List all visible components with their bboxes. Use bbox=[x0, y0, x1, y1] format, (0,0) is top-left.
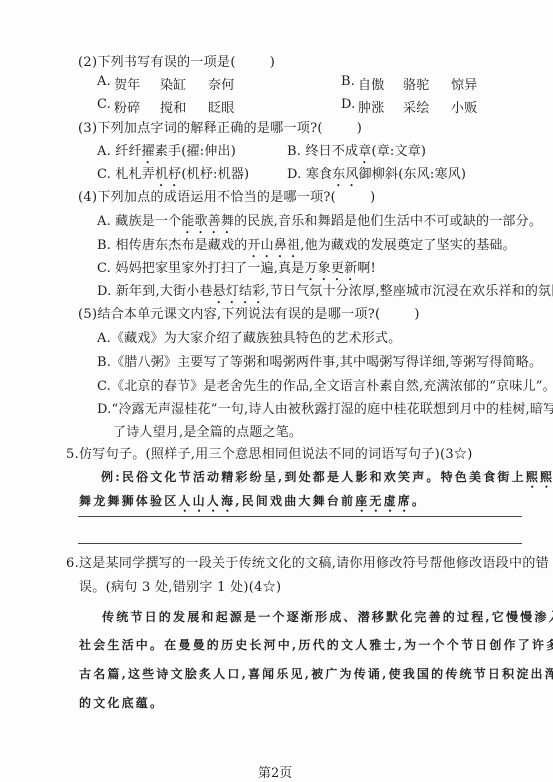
option-label: A. bbox=[97, 214, 111, 229]
dotted-word: 章 bbox=[358, 144, 371, 159]
q2-option-b-word3: 惊异 bbox=[451, 74, 477, 93]
dotted-word: 机杼 bbox=[155, 167, 181, 182]
option-text: ,他为藏戏的发展奠定了坚实的基础。 bbox=[300, 238, 516, 253]
option-label: D. bbox=[97, 284, 112, 299]
q4-stem-text: (4)下列加点的成语运用不恰当的是哪一项?( bbox=[78, 190, 336, 205]
q2-option-d-word1: 肿涨 bbox=[358, 97, 384, 116]
example-line-2: 舞龙舞狮体验区人山人海,民间戏曲大舞台前座无虚席。 bbox=[79, 492, 426, 515]
q5-stem-end: ) bbox=[414, 307, 419, 322]
option-text: 相传唐东杰布是藏戏的 bbox=[115, 238, 247, 253]
q2-option-a-word2: 染缸 bbox=[160, 74, 186, 93]
q5-option-d: D.“冷露无声湿桂花”一句,诗人由被秋露打湿的庭中桂花联想到月中的桂树,暗写 bbox=[97, 398, 553, 417]
dotted-idiom: 悬灯结彩 bbox=[213, 284, 266, 299]
option-label: C. bbox=[97, 167, 111, 182]
option-label: B. bbox=[97, 238, 111, 253]
q2-option-b-label: B. bbox=[341, 74, 355, 89]
q2-option-b-word1: 自傲 bbox=[358, 74, 384, 93]
q2-stem-text: (2)下列书写有误的一项是( bbox=[78, 55, 236, 70]
option-text: 藏族是一个 bbox=[115, 214, 181, 229]
option-text: 新年到,大街小巷 bbox=[116, 284, 213, 299]
dotted-idiom: 能歌善舞 bbox=[181, 214, 234, 229]
answer-line-2[interactable] bbox=[78, 543, 522, 544]
option-label: A. bbox=[97, 144, 111, 159]
q2-option-c-word3: 眨眼 bbox=[208, 97, 234, 116]
option-label: D. bbox=[97, 402, 112, 417]
q4-option-a: A. 藏族是一个能歌善舞的民族,音乐和舞蹈是他们生活中不可或缺的一部分。 bbox=[97, 210, 542, 237]
dotted-word: 擢 bbox=[142, 144, 155, 159]
example-text: 舞龙舞狮体验区 bbox=[79, 494, 178, 508]
q2-option-b-word2: 骆驼 bbox=[403, 74, 429, 93]
q2-option-d-label: D. bbox=[341, 97, 356, 112]
q2-option-a-word1: 贺年 bbox=[114, 74, 140, 93]
q2-stem-end: ) bbox=[270, 55, 275, 70]
option-text: 《藏戏》为大家介绍了藏族独具特色的艺术形式。 bbox=[111, 331, 401, 346]
passage-line-4: 的文化底蕴。 bbox=[79, 694, 164, 711]
answer-line-1[interactable] bbox=[78, 516, 522, 517]
option-text: 《腊八粥》主要写了等粥和喝粥两件事,其中喝粥写得详细,等粥写得简略。 bbox=[111, 355, 542, 370]
dotted-idiom: 座无虚席 bbox=[355, 494, 412, 508]
q2-option-c-word2: 搅和 bbox=[160, 97, 186, 116]
q5-option-c: C.《北京的春节》是老舍先生的作品,全文语言朴素自然,充满浓郁的“京味儿”。 bbox=[97, 375, 553, 394]
example-text: 例:民俗文化节活动精彩纷呈,到处都是人影和欢笑声。特色美食街上 bbox=[101, 470, 526, 484]
option-label: C. bbox=[97, 261, 111, 276]
dotted-idiom: 万象更新 bbox=[305, 261, 358, 276]
option-text: 妈妈把家里家外打扫了一遍,真是 bbox=[115, 261, 304, 276]
q5-imitate-title: 5.仿写句子。(照样子,用三个意思相同但说法不同的词语写句子)(3☆) bbox=[66, 443, 473, 462]
option-label: C. bbox=[97, 379, 111, 394]
q2-option-d-word3: 小贩 bbox=[451, 97, 477, 116]
dotted-idiom: 人山人海 bbox=[178, 494, 235, 508]
example-text: 。 bbox=[412, 494, 426, 508]
q3-stem: (3)下列加点字词的解释正确的是哪一项?() bbox=[78, 117, 362, 136]
option-text: 《北京的春节》是老舍先生的作品,全文语言朴素自然,充满浓郁的“京味儿”。 bbox=[111, 379, 553, 394]
page-number: 第2页 bbox=[258, 762, 292, 781]
option-text: 纤纤 bbox=[115, 144, 141, 159]
q4-stem-end: ) bbox=[370, 190, 375, 205]
option-text: 的民族,音乐和舞蹈是他们生活中不可或缺的一部分。 bbox=[234, 214, 542, 229]
option-text: 御柳斜(东风:寒风) bbox=[359, 167, 467, 182]
option-label: B. bbox=[287, 144, 301, 159]
q5-option-d-continued: 了诗人望月,是全篇的点题之笔。 bbox=[113, 421, 302, 440]
q2-option-c-word1: 粉碎 bbox=[114, 97, 140, 116]
option-label: A. bbox=[97, 331, 111, 346]
option-label: B. bbox=[97, 355, 111, 370]
passage-line-1: 传统节日的发展和起源是一个逐渐形成、潜移默化完善的过程,它慢慢渗入到 bbox=[102, 608, 553, 625]
q6-title-line2: 误。(病句 3 处,错别字 1 处)(4☆) bbox=[79, 576, 281, 595]
q5-option-a: A.《藏戏》为大家介绍了藏族独具特色的艺术形式。 bbox=[97, 327, 401, 346]
q3-stem-end: ) bbox=[357, 121, 362, 136]
q2-option-d-word2: 采绘 bbox=[403, 97, 429, 116]
q2-option-c-label: C. bbox=[97, 97, 111, 112]
dotted-idiom: 开山鼻祖 bbox=[247, 238, 300, 253]
option-text: ,节日气氛十分浓厚,整座城市沉浸在欢乐祥和的氛围中。 bbox=[265, 284, 553, 299]
q5-option-b: B.《腊八粥》主要写了等粥和喝粥两件事,其中喝粥写得详细,等粥写得简略。 bbox=[97, 351, 542, 370]
example-text: ,民间戏曲大舞台前 bbox=[235, 494, 355, 508]
q2-option-a-word3: 奈何 bbox=[208, 74, 234, 93]
option-text: (机杼:机器) bbox=[181, 167, 249, 182]
q4-stem: (4)下列加点的成语运用不恰当的是哪一项?() bbox=[78, 186, 375, 205]
q5-stem: (5)结合本单元课文内容,下列说法有误的是哪一项?() bbox=[78, 303, 420, 322]
option-text: 素手(擢:伸出) bbox=[155, 144, 236, 159]
option-text: 终日不成 bbox=[305, 144, 358, 159]
option-text: (章:文章) bbox=[371, 144, 426, 159]
passage-line-2: 社会生活中。在曼曼的历史长河中,历代的文人雅士,为一个个节日创作了许多千 bbox=[79, 636, 553, 653]
q2-option-a-label: A. bbox=[97, 74, 111, 89]
option-label: D. bbox=[287, 167, 302, 182]
option-text: 啊! bbox=[357, 261, 376, 276]
option-text: 寒食 bbox=[306, 167, 332, 182]
exam-page: (2)下列书写有误的一项是() A. 贺年 染缸 奈何 B. 自傲 骆驼 惊异 … bbox=[0, 0, 553, 782]
q5-stem-text: (5)结合本单元课文内容,下列说法有误的是哪一项?( bbox=[78, 307, 380, 322]
dotted-word: 东风 bbox=[332, 167, 358, 182]
dotted-idiom: 熙熙攘攘 bbox=[526, 470, 553, 484]
q3-stem-text: (3)下列加点字词的解释正确的是哪一项?( bbox=[78, 121, 323, 136]
passage-line-3: 古名篇,这些诗文脍炙人口,喜闻乐见,被广为传诵,使我国的传统节日积淀出浑厚 bbox=[79, 665, 553, 682]
example-line-1: 例:民俗文化节活动精彩纷呈,到处都是人影和欢笑声。特色美食街上熙熙攘攘, bbox=[101, 468, 553, 491]
q2-stem: (2)下列书写有误的一项是() bbox=[78, 51, 275, 70]
q6-title-line1: 6.这是某同学撰写的一段关于传统文化的文稿,请你用修改符号帮他修改语段中的错 bbox=[66, 552, 549, 571]
option-text: “冷露无声湿桂花”一句,诗人由被秋露打湿的庭中桂花联想到月中的桂树,暗写 bbox=[112, 402, 553, 417]
option-text: 札札弄 bbox=[115, 167, 155, 182]
